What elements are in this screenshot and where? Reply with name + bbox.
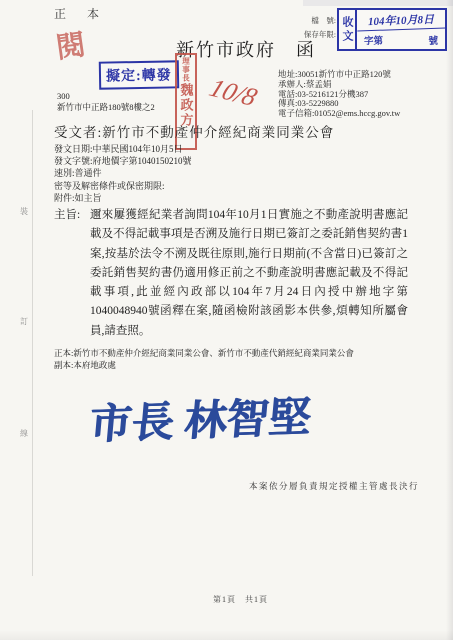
- scan-edge-right: [446, 0, 453, 640]
- received-word-prefix: 字第: [364, 33, 383, 47]
- page-number: 第1頁 共1頁: [213, 594, 268, 605]
- approval-stamp: 擬定:轉發: [99, 60, 179, 89]
- mayor-signature: 市長 林智堅: [87, 384, 314, 452]
- sender-contact-block: 地址:30051新竹市中正路120號 承辦人:蔡孟娟 電話:03-5216121…: [278, 70, 400, 119]
- review-mark-stamp: 閱: [53, 22, 87, 67]
- recipient-line: 受文者:新竹市不動產仲介經紀商業同業公會: [54, 121, 334, 141]
- binding-mark-1: 裝: [20, 206, 28, 217]
- received-date-handwritten: 104年10月8日: [357, 8, 446, 31]
- document-meta-block: 發文日期:中華民國104年10月5日 發文字號:府地價字第1040150210號…: [54, 143, 192, 204]
- scan-artifact-top: [303, 0, 453, 6]
- file-labels: 檔 號: 保存年限:: [288, 14, 336, 42]
- binding-mark-2: 訂: [20, 316, 28, 327]
- attachment-line: 附件:如主旨: [54, 192, 192, 204]
- received-label: 收文: [339, 10, 357, 49]
- handwritten-date: 10/8: [205, 73, 261, 112]
- issue-number-line: 發文字號:府地價字第1040150210號: [54, 155, 192, 167]
- subject-text: 邇來屢獲經紀業者詢問104年10月1日實施之不動產說明書應記載及不得記載事項是否…: [90, 206, 408, 341]
- binding-line: [32, 110, 33, 576]
- subject-block: 主旨: 邇來屢獲經紀業者詢問104年10月1日實施之不動產說明書應記載及不得記載…: [54, 206, 408, 341]
- carbon-copy-line: 副本:本府地政處: [54, 360, 354, 372]
- recipient-address: 新竹市中正路180號8樓之2: [57, 101, 155, 113]
- distribution-block: 正本:新竹市不動產仲介經紀商業同業公會、新竹市不動產代銷經紀商業同業公會 副本:…: [54, 348, 354, 371]
- copy-type-label: 正 本: [54, 5, 108, 22]
- classification-line: 密等及解密條件或保密期限:: [54, 180, 192, 192]
- file-number-label: 檔 號:: [288, 14, 336, 28]
- contact-email: 電子信箱:01052@ems.hccg.gov.tw: [278, 109, 400, 119]
- scan-edge-bottom: [0, 630, 453, 640]
- document-page: 正 本 閱 新竹市政府 函 檔 號: 保存年限: 收文 104年10月8日 字第…: [0, 0, 453, 640]
- issue-date-line: 發文日期:中華民國104年10月5日: [54, 143, 192, 155]
- subject-label: 主旨:: [54, 206, 90, 341]
- received-number-suffix: 號: [428, 33, 438, 47]
- retention-label: 保存年限:: [288, 28, 336, 42]
- chairman-title: 理事長: [181, 57, 192, 83]
- original-copy-line: 正本:新竹市不動產仲介經紀商業同業公會、新竹市不動產代銷經紀商業同業公會: [54, 348, 354, 360]
- priority-line: 速別:普通件: [54, 167, 192, 179]
- receipt-date-stamp: 收文 104年10月8日 字第 號: [337, 8, 447, 51]
- decision-authority-note: 本案依分層負責規定授權主管處長決行: [249, 480, 419, 492]
- recipient-zip: 300: [57, 91, 70, 101]
- binding-mark-3: 線: [20, 428, 28, 439]
